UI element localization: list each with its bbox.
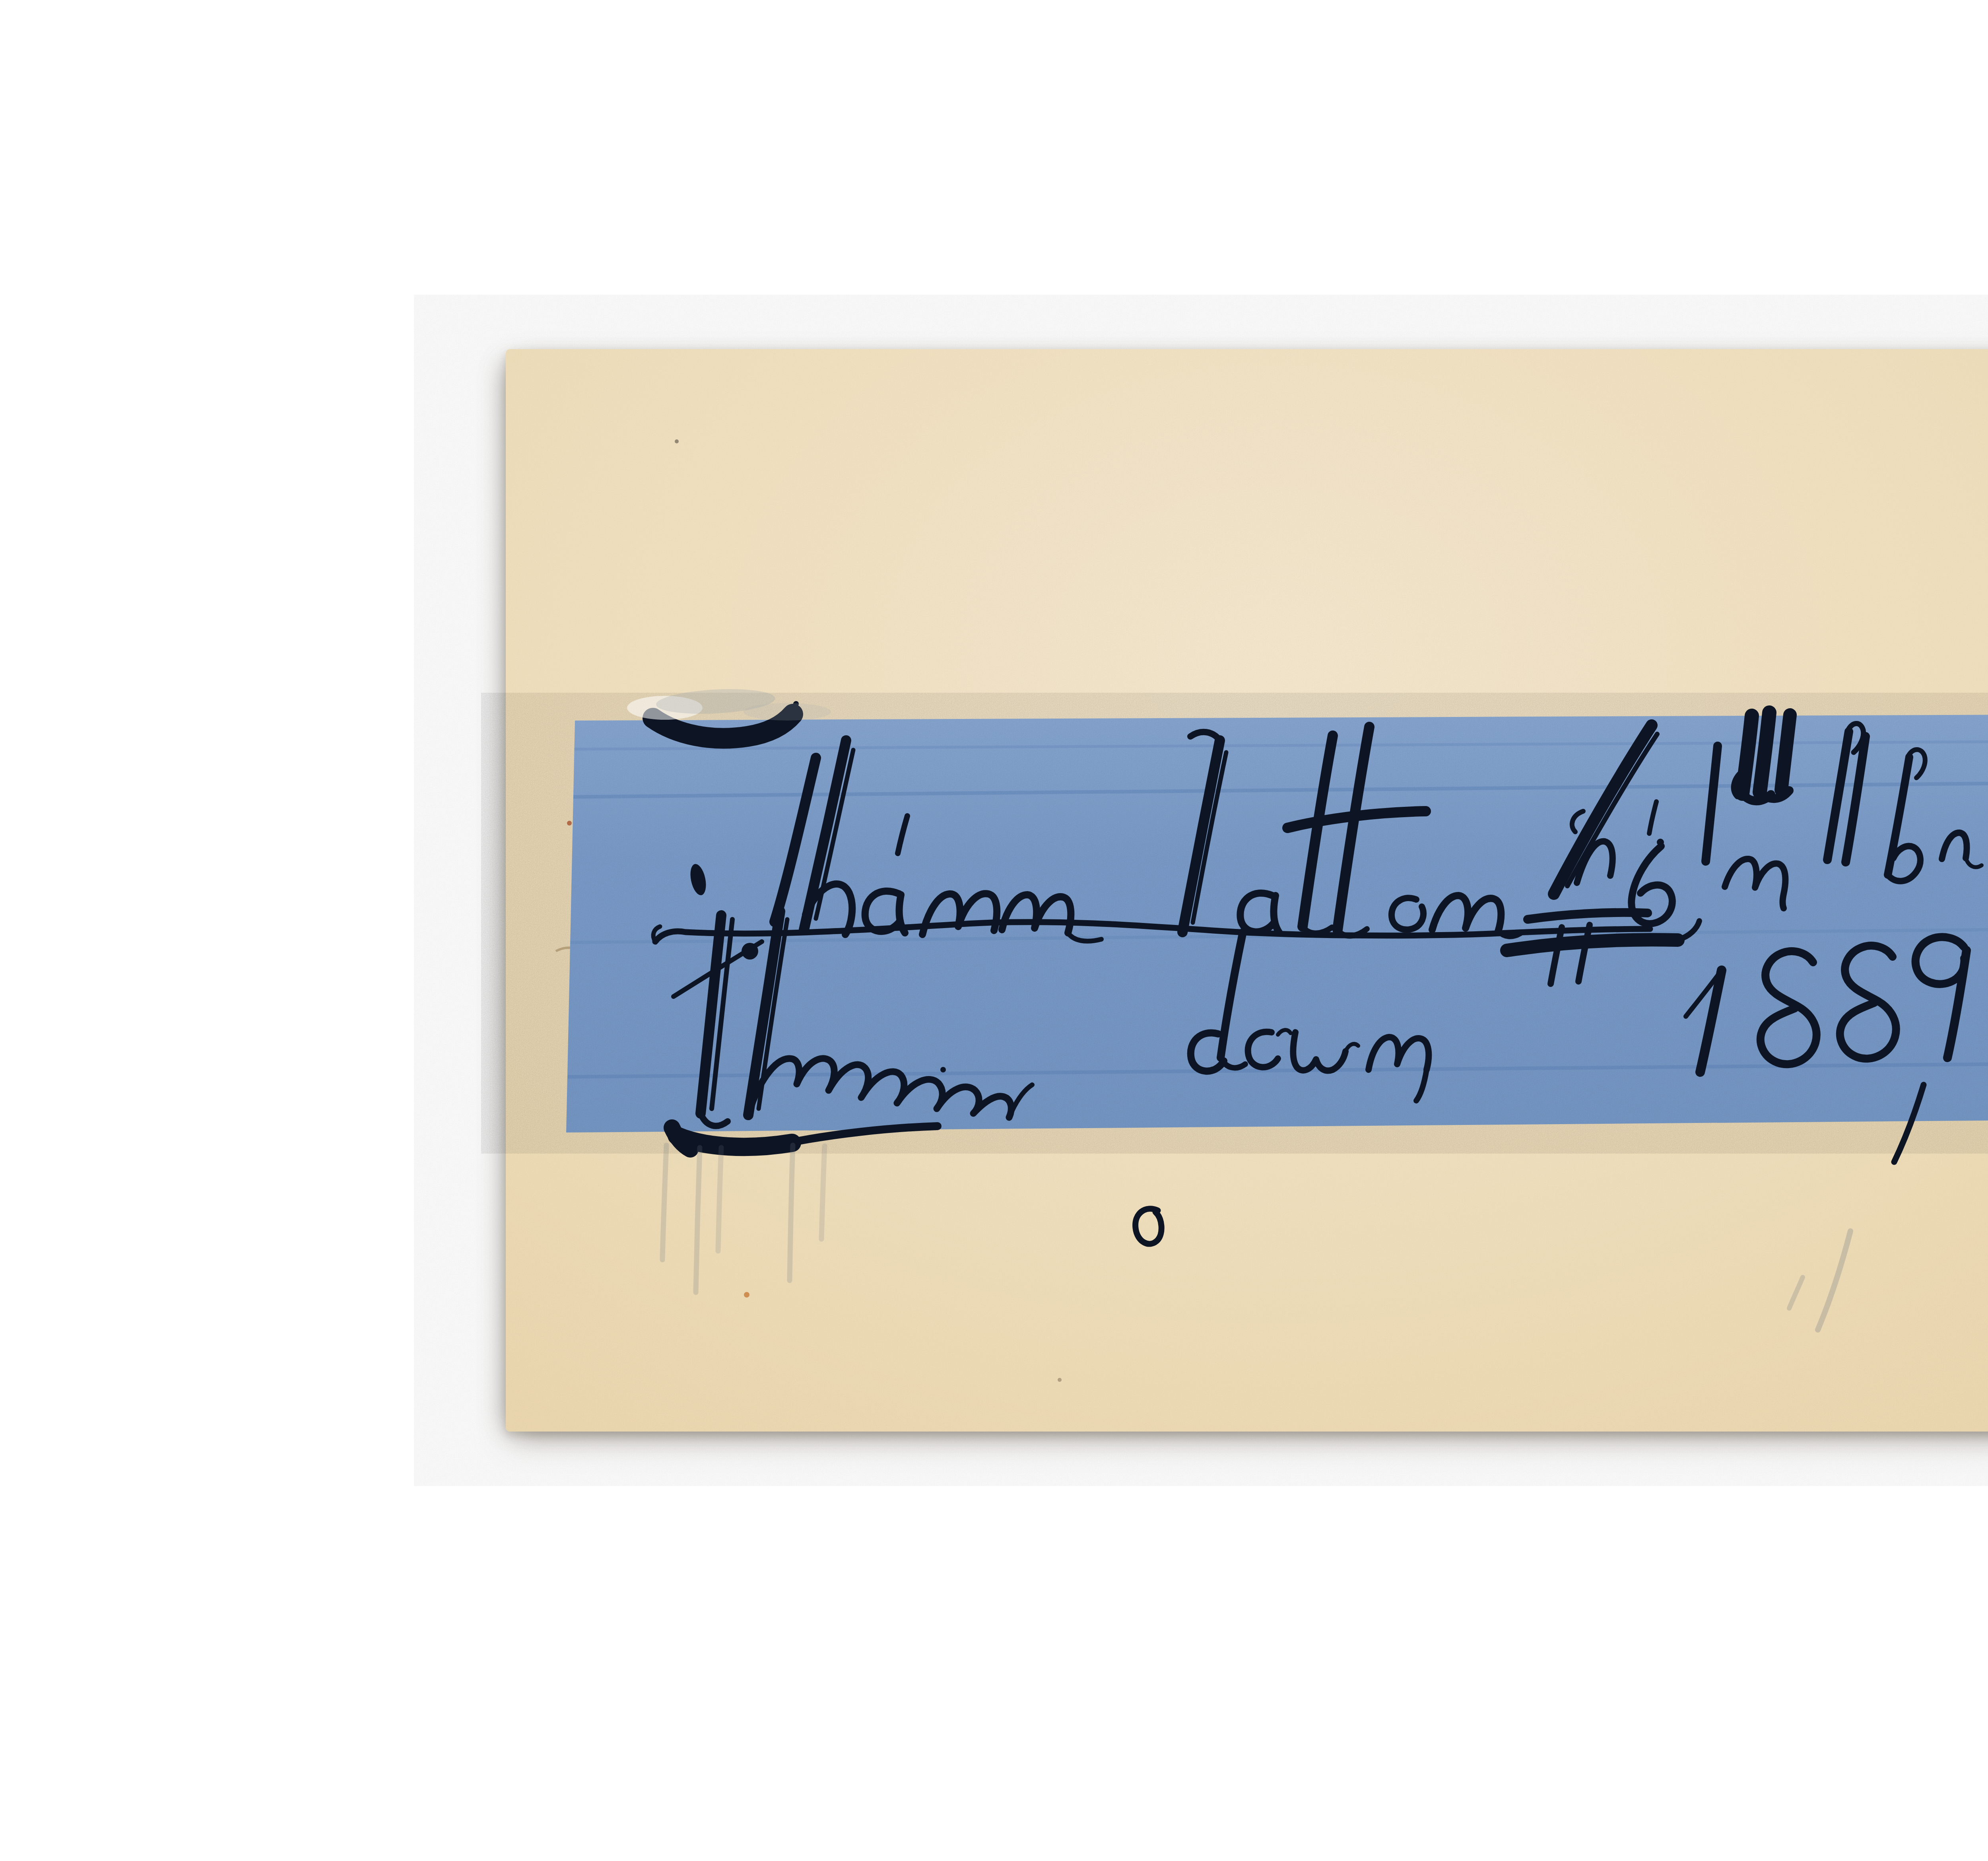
artwork-layer	[0, 0, 1988, 1861]
heavy-stroke	[1760, 713, 1769, 792]
pencil-streak	[821, 1146, 825, 1239]
pencil-streak	[790, 1145, 793, 1280]
photo-canvas: ! ha'nn tatten hö' holding throw down" 1…	[0, 0, 1988, 1861]
ink-speck	[940, 1067, 946, 1072]
graphite-smudge	[744, 703, 831, 721]
heavy-stroke	[1742, 716, 1752, 794]
pencil-streak	[718, 1148, 721, 1251]
orange-speck	[744, 1292, 749, 1298]
ink-dot	[1657, 839, 1664, 846]
heavy-stroke	[1781, 715, 1790, 790]
small-speck	[1058, 1378, 1062, 1382]
red-speck	[567, 821, 572, 826]
dark-speck	[675, 439, 679, 443]
